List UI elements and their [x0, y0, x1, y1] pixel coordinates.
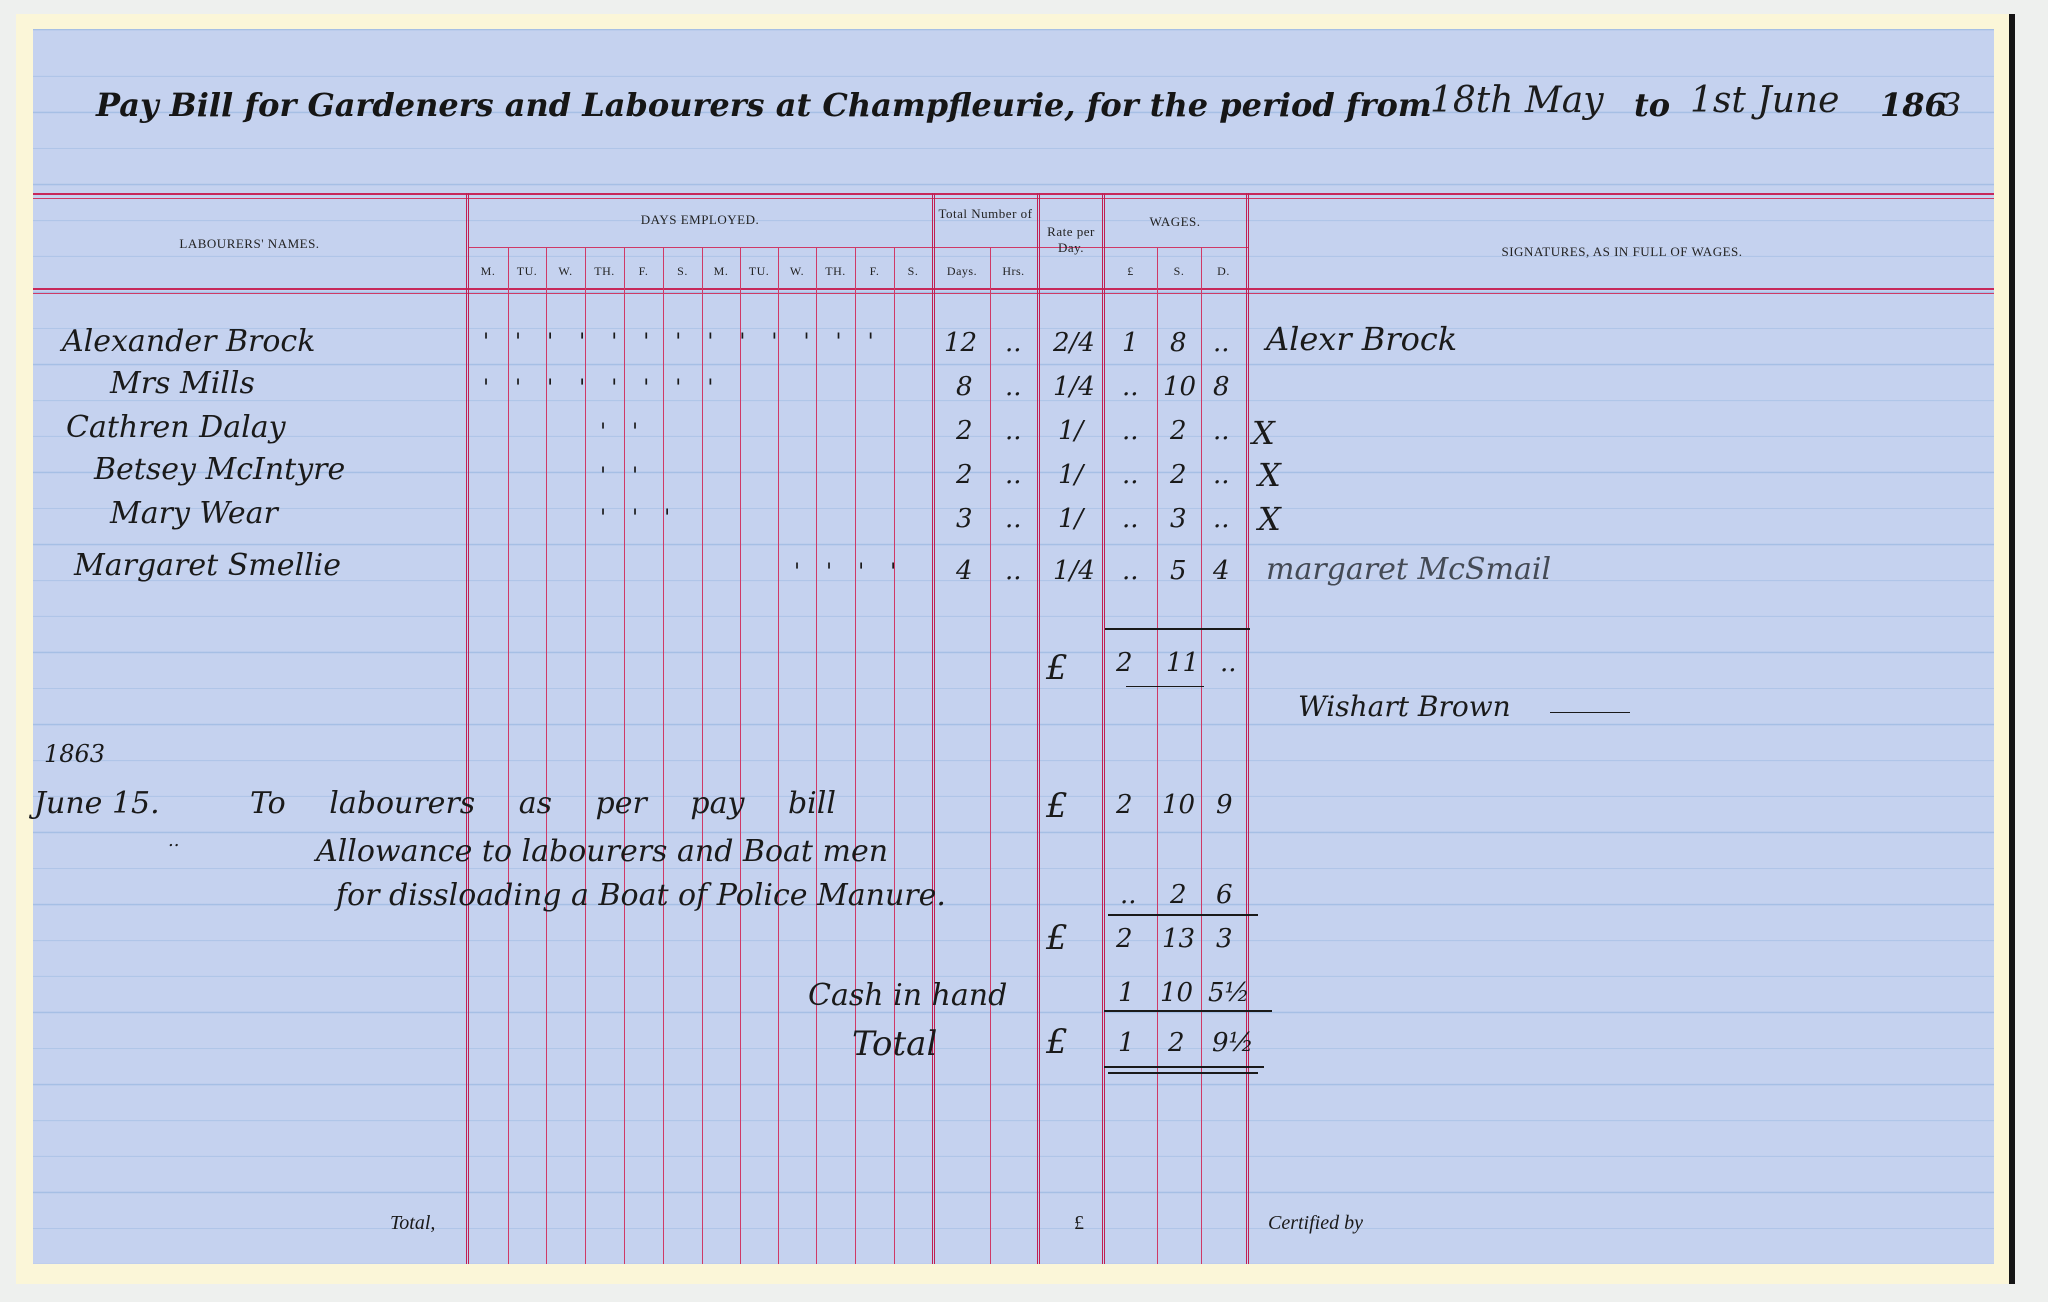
cash-pence: 5½: [1208, 978, 1250, 1008]
col-divider-wages: [1246, 193, 1249, 1264]
signature-tail: [1550, 712, 1630, 713]
header-day: S.: [894, 264, 932, 279]
header-day: TH.: [816, 264, 855, 279]
subtotal-rule: [1105, 628, 1250, 630]
signature-mark: X: [1258, 500, 1281, 538]
header-labourers-names: LABOURERS' NAMES.: [33, 236, 466, 252]
line3-pounds: ..: [1120, 880, 1137, 910]
col-divider: [894, 247, 895, 1264]
labourer-name: Betsey McIntyre: [94, 452, 345, 487]
cash-rule: [1104, 1010, 1272, 1012]
header-day: F.: [855, 264, 894, 279]
signed-by: Wishart Brown: [1298, 690, 1511, 723]
header-day: W.: [546, 264, 585, 279]
sum-pounds: 2: [1116, 924, 1133, 954]
total-days: 8: [956, 372, 973, 402]
header-top-rule: [33, 193, 1994, 195]
footer-certified-by: Certified by: [1268, 1212, 1363, 1235]
signature: Alexr Brock: [1266, 320, 1457, 358]
title-printed: Pay Bill for Gardeners and Labourers at …: [96, 86, 1432, 124]
wage-shillings: 2: [1170, 460, 1187, 490]
wage-pounds: ..: [1122, 416, 1139, 446]
col-divider: [990, 247, 991, 1264]
col-divider: [1157, 247, 1158, 1264]
total-hrs: ..: [1005, 372, 1022, 402]
header-day: TU.: [508, 264, 546, 279]
sum-shillings: 13: [1162, 924, 1195, 954]
subtotal-shillings: 11: [1166, 648, 1199, 678]
wage-pence: ..: [1213, 416, 1230, 446]
signature: margaret McSmail: [1266, 552, 1551, 587]
header-hrs: Hrs.: [990, 264, 1037, 279]
labourer-name: Margaret Smellie: [74, 548, 341, 583]
day-marks: '''''''': [483, 376, 739, 401]
day-marks: ''': [600, 506, 696, 531]
wage-pounds: ..: [1122, 556, 1139, 586]
ledger-ditto: ..: [168, 830, 179, 851]
header-day: TU.: [740, 264, 778, 279]
wage-pence: 4: [1213, 556, 1230, 586]
total-pence: 9½: [1212, 1028, 1254, 1058]
subtotal-pounds: 2: [1116, 648, 1133, 678]
total-hrs: ..: [1005, 328, 1022, 358]
header-days-employed: DAYS EMPLOYED.: [468, 212, 932, 228]
total-days: 3: [956, 504, 973, 534]
wage-shillings: 5: [1170, 556, 1187, 586]
labourer-name: Cathren Dalay: [66, 410, 286, 445]
date-to: 1st June: [1690, 80, 1839, 121]
header-day: M.: [702, 264, 740, 279]
wage-pounds: 1: [1122, 328, 1139, 358]
total-shillings: 2: [1168, 1028, 1185, 1058]
line3-shillings: 2: [1170, 880, 1187, 910]
header-pence: D.: [1201, 264, 1246, 279]
day-marks: '': [600, 420, 664, 445]
footer-pound-symbol: £: [1074, 1212, 1084, 1235]
total-pounds: 1: [1118, 1028, 1135, 1058]
cash-shillings: 10: [1160, 978, 1193, 1008]
total-label: Total: [852, 1024, 937, 1064]
header-shillings: S.: [1157, 264, 1201, 279]
signature-mark: X: [1258, 456, 1281, 494]
cash-pounds: 1: [1118, 978, 1135, 1008]
day-marks: '''': [794, 560, 922, 585]
day-marks: ''''''''''''': [483, 330, 900, 355]
subtotal-pound-symbol: £: [1046, 648, 1068, 688]
total-days: 4: [956, 556, 973, 586]
rate-per-day: 1/4: [1053, 556, 1095, 586]
subtotal-underline: [1126, 686, 1204, 687]
col-divider: [740, 247, 741, 1264]
header-bottom-rule: [33, 288, 1994, 290]
labourer-name: Mary Wear: [110, 496, 278, 531]
col-divider-names: [466, 193, 469, 1264]
day-marks: '': [600, 464, 664, 489]
rate-per-day: 1/: [1058, 460, 1083, 490]
rate-per-day: 1/: [1058, 416, 1083, 446]
header-day: TH.: [585, 264, 624, 279]
wage-pounds: ..: [1122, 372, 1139, 402]
line3-pence: 6: [1216, 880, 1233, 910]
wage-pence: ..: [1213, 328, 1230, 358]
labourer-name: Alexander Brock: [62, 324, 315, 359]
total-pound-symbol: £: [1046, 1022, 1068, 1062]
ledger-line1: To labourers as per pay bill: [250, 786, 836, 821]
ledger-date: June 15.: [34, 786, 160, 821]
signature-mark: X: [1252, 414, 1275, 452]
ledger-line2: Allowance to labourers and Boat men: [316, 834, 888, 869]
total-days: 2: [956, 460, 973, 490]
total-hrs: ..: [1005, 556, 1022, 586]
wage-pounds: ..: [1122, 504, 1139, 534]
wage-shillings: 8: [1170, 328, 1187, 358]
header-days: Days.: [934, 264, 990, 279]
total-hrs: ..: [1005, 416, 1022, 446]
header-signatures: SIGNATURES, AS IN FULL OF WAGES.: [1250, 244, 1994, 260]
header-day: M.: [468, 264, 508, 279]
header-pounds: £: [1104, 264, 1157, 279]
subtotal-pence: ..: [1220, 648, 1237, 678]
sum-pound-symbol: £: [1046, 918, 1068, 958]
header-day: F.: [624, 264, 663, 279]
header-top-rule-2: [33, 198, 1994, 199]
wage-pence: ..: [1213, 504, 1230, 534]
header-wages: WAGES.: [1104, 214, 1246, 230]
col-divider-rate: [1102, 193, 1105, 1264]
header-day: W.: [778, 264, 816, 279]
total-double-rule-2: [1108, 1072, 1258, 1074]
header-bottom-rule-2: [33, 293, 1994, 294]
wage-shillings: 2: [1170, 416, 1187, 446]
sum-pence: 3: [1216, 924, 1233, 954]
rate-per-day: 1/4: [1053, 372, 1095, 402]
col-divider-total: [1037, 193, 1040, 1264]
year-printed: 186: [1880, 86, 1947, 124]
total-hrs: ..: [1005, 460, 1022, 490]
cash-in-hand-label: Cash in hand: [808, 978, 1007, 1013]
ledger-line3: for dissloading a Boat of Police Manure.: [336, 878, 946, 913]
line1-pounds: 2: [1116, 790, 1133, 820]
total-days: 2: [956, 416, 973, 446]
col-divider-days-employed: [932, 193, 935, 1264]
wage-pence: ..: [1213, 460, 1230, 490]
line1-pence: 9: [1216, 790, 1233, 820]
year-handwritten: 3: [1941, 86, 1961, 124]
footer-total-label: Total,: [390, 1212, 435, 1235]
col-divider: [1201, 247, 1202, 1264]
total-days: 12: [944, 328, 977, 358]
header-total-number-of: Total Number of: [934, 206, 1037, 222]
total-hrs: ..: [1005, 504, 1022, 534]
col-divider: [855, 247, 856, 1264]
title-to: to: [1634, 86, 1670, 124]
wage-pounds: ..: [1122, 460, 1139, 490]
col-divider: [816, 247, 817, 1264]
wage-pence: 8: [1213, 372, 1230, 402]
line3-rule: [1108, 914, 1258, 916]
total-double-rule-1: [1104, 1066, 1264, 1068]
header-day: S.: [663, 264, 702, 279]
wage-shillings: 10: [1163, 372, 1196, 402]
col-divider: [778, 247, 779, 1264]
ledger-year: 1863: [44, 740, 105, 768]
date-from: 18th May: [1430, 80, 1604, 121]
line1-shillings: 10: [1162, 790, 1195, 820]
header-rate-per-day: Rate per Day.: [1040, 224, 1102, 256]
line1-pound-symbol: £: [1046, 786, 1068, 826]
rate-per-day: 1/: [1058, 504, 1083, 534]
wage-shillings: 3: [1170, 504, 1187, 534]
rate-per-day: 2/4: [1053, 328, 1095, 358]
labourer-name: Mrs Mills: [110, 366, 255, 401]
